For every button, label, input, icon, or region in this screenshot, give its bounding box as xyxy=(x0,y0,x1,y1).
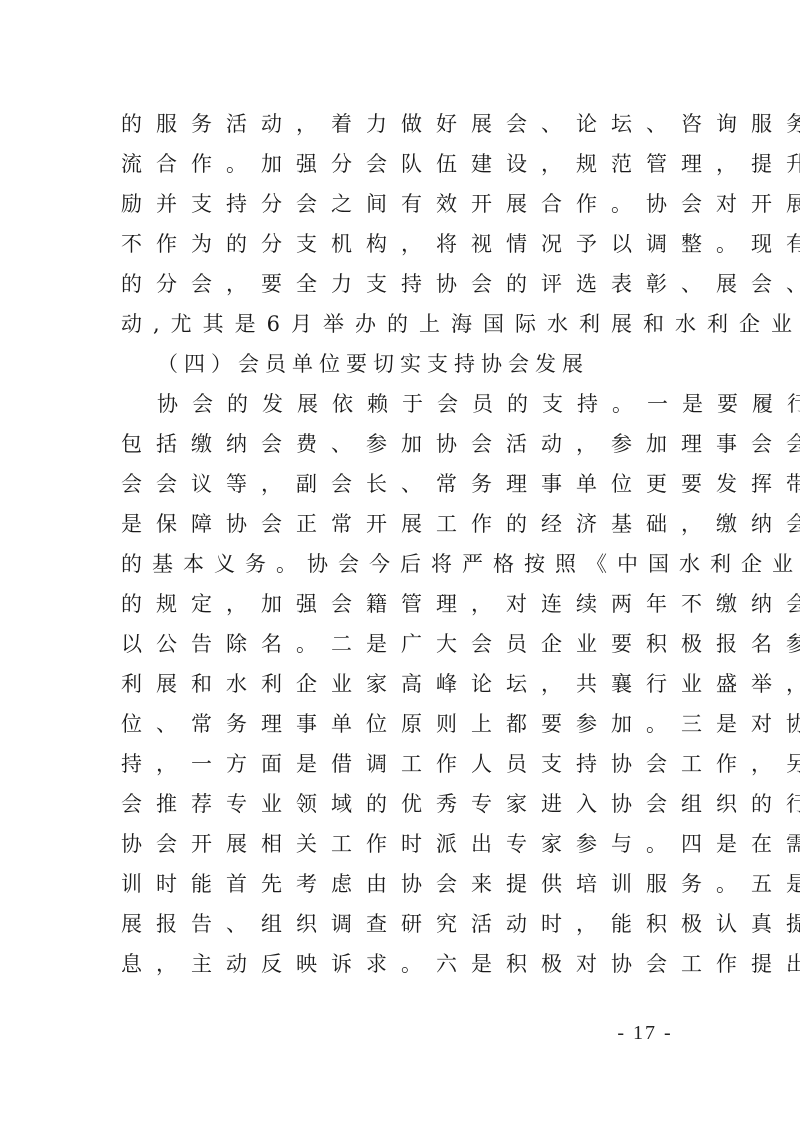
section-heading: （四）会员单位要切实支持协会发展 xyxy=(121,344,701,384)
text-line: 会会议等，副会长、常务理事单位更要发挥带头作用。会费 xyxy=(121,464,701,504)
text-line: 持，一方面是借调工作人员支持协会工作，另一方面是向协 xyxy=(121,744,701,784)
text-line: 会推荐专业领域的优秀专家进入协会组织的行业智库，并在 xyxy=(121,784,701,824)
text-line: 训时能首先考虑由协会来提供培训服务。五是在协会编制发 xyxy=(121,864,701,904)
text-line: 的规定，加强会籍管理，对连续两年不缴纳会费的会员，予 xyxy=(121,584,701,624)
text-line: 展报告、组织调查研究活动时，能积极认真提供相关统计信 xyxy=(121,904,701,944)
document-page: 的服务活动，着力做好展会、论坛、咨询服务，促进会员交 流合作。加强分会队伍建设，… xyxy=(0,0,800,1131)
page-number: - 17 - xyxy=(600,1022,690,1045)
text-line: 位、常务理事单位原则上都要参加。三是对协会给予人力支 xyxy=(121,704,701,744)
body-text: 的服务活动，着力做好展会、论坛、咨询服务，促进会员交 流合作。加强分会队伍建设，… xyxy=(121,104,701,984)
text-line: 的基本义务。协会今后将严格按照《中国水利企业协会章程》 xyxy=(121,544,701,584)
text-line: 协会开展相关工作时派出专家参与。四是在需要开展业务培 xyxy=(121,824,701,864)
text-line: 不作为的分支机构，将视情况予以调整。现有分会及新成立 xyxy=(121,224,701,264)
text-line: 以公告除名。二是广大会员企业要积极报名参加上海国际水 xyxy=(121,624,701,664)
text-line: 包括缴纳会费、参加协会活动，参加理事会会议、常务理事 xyxy=(121,424,701,464)
text-line: 协会的发展依赖于会员的支持。一是要履行会员义务， xyxy=(121,384,701,424)
text-line: 是保障协会正常开展工作的经济基础，缴纳会费是协会会员 xyxy=(121,504,701,544)
text-line: 的服务活动，着力做好展会、论坛、咨询服务，促进会员交 xyxy=(121,104,701,144)
text-line: 的分会，要全力支持协会的评选表彰、展会、论坛等重大活 xyxy=(121,264,701,304)
text-line: 利展和水利企业家高峰论坛，共襄行业盛举，协会副会长单 xyxy=(121,664,701,704)
text-line: 流合作。加强分会队伍建设，规范管理，提升服务能力。鼓 xyxy=(121,144,701,184)
text-line: 动,尤其是6月举办的上海国际水利展和水利企业高峰论坛。 xyxy=(121,304,701,344)
text-line: 励并支持分会之间有效开展合作。协会对开展工作不规范或 xyxy=(121,184,701,224)
text-line: 息，主动反映诉求。六是积极对协会工作提出意见建议。 xyxy=(121,944,701,984)
